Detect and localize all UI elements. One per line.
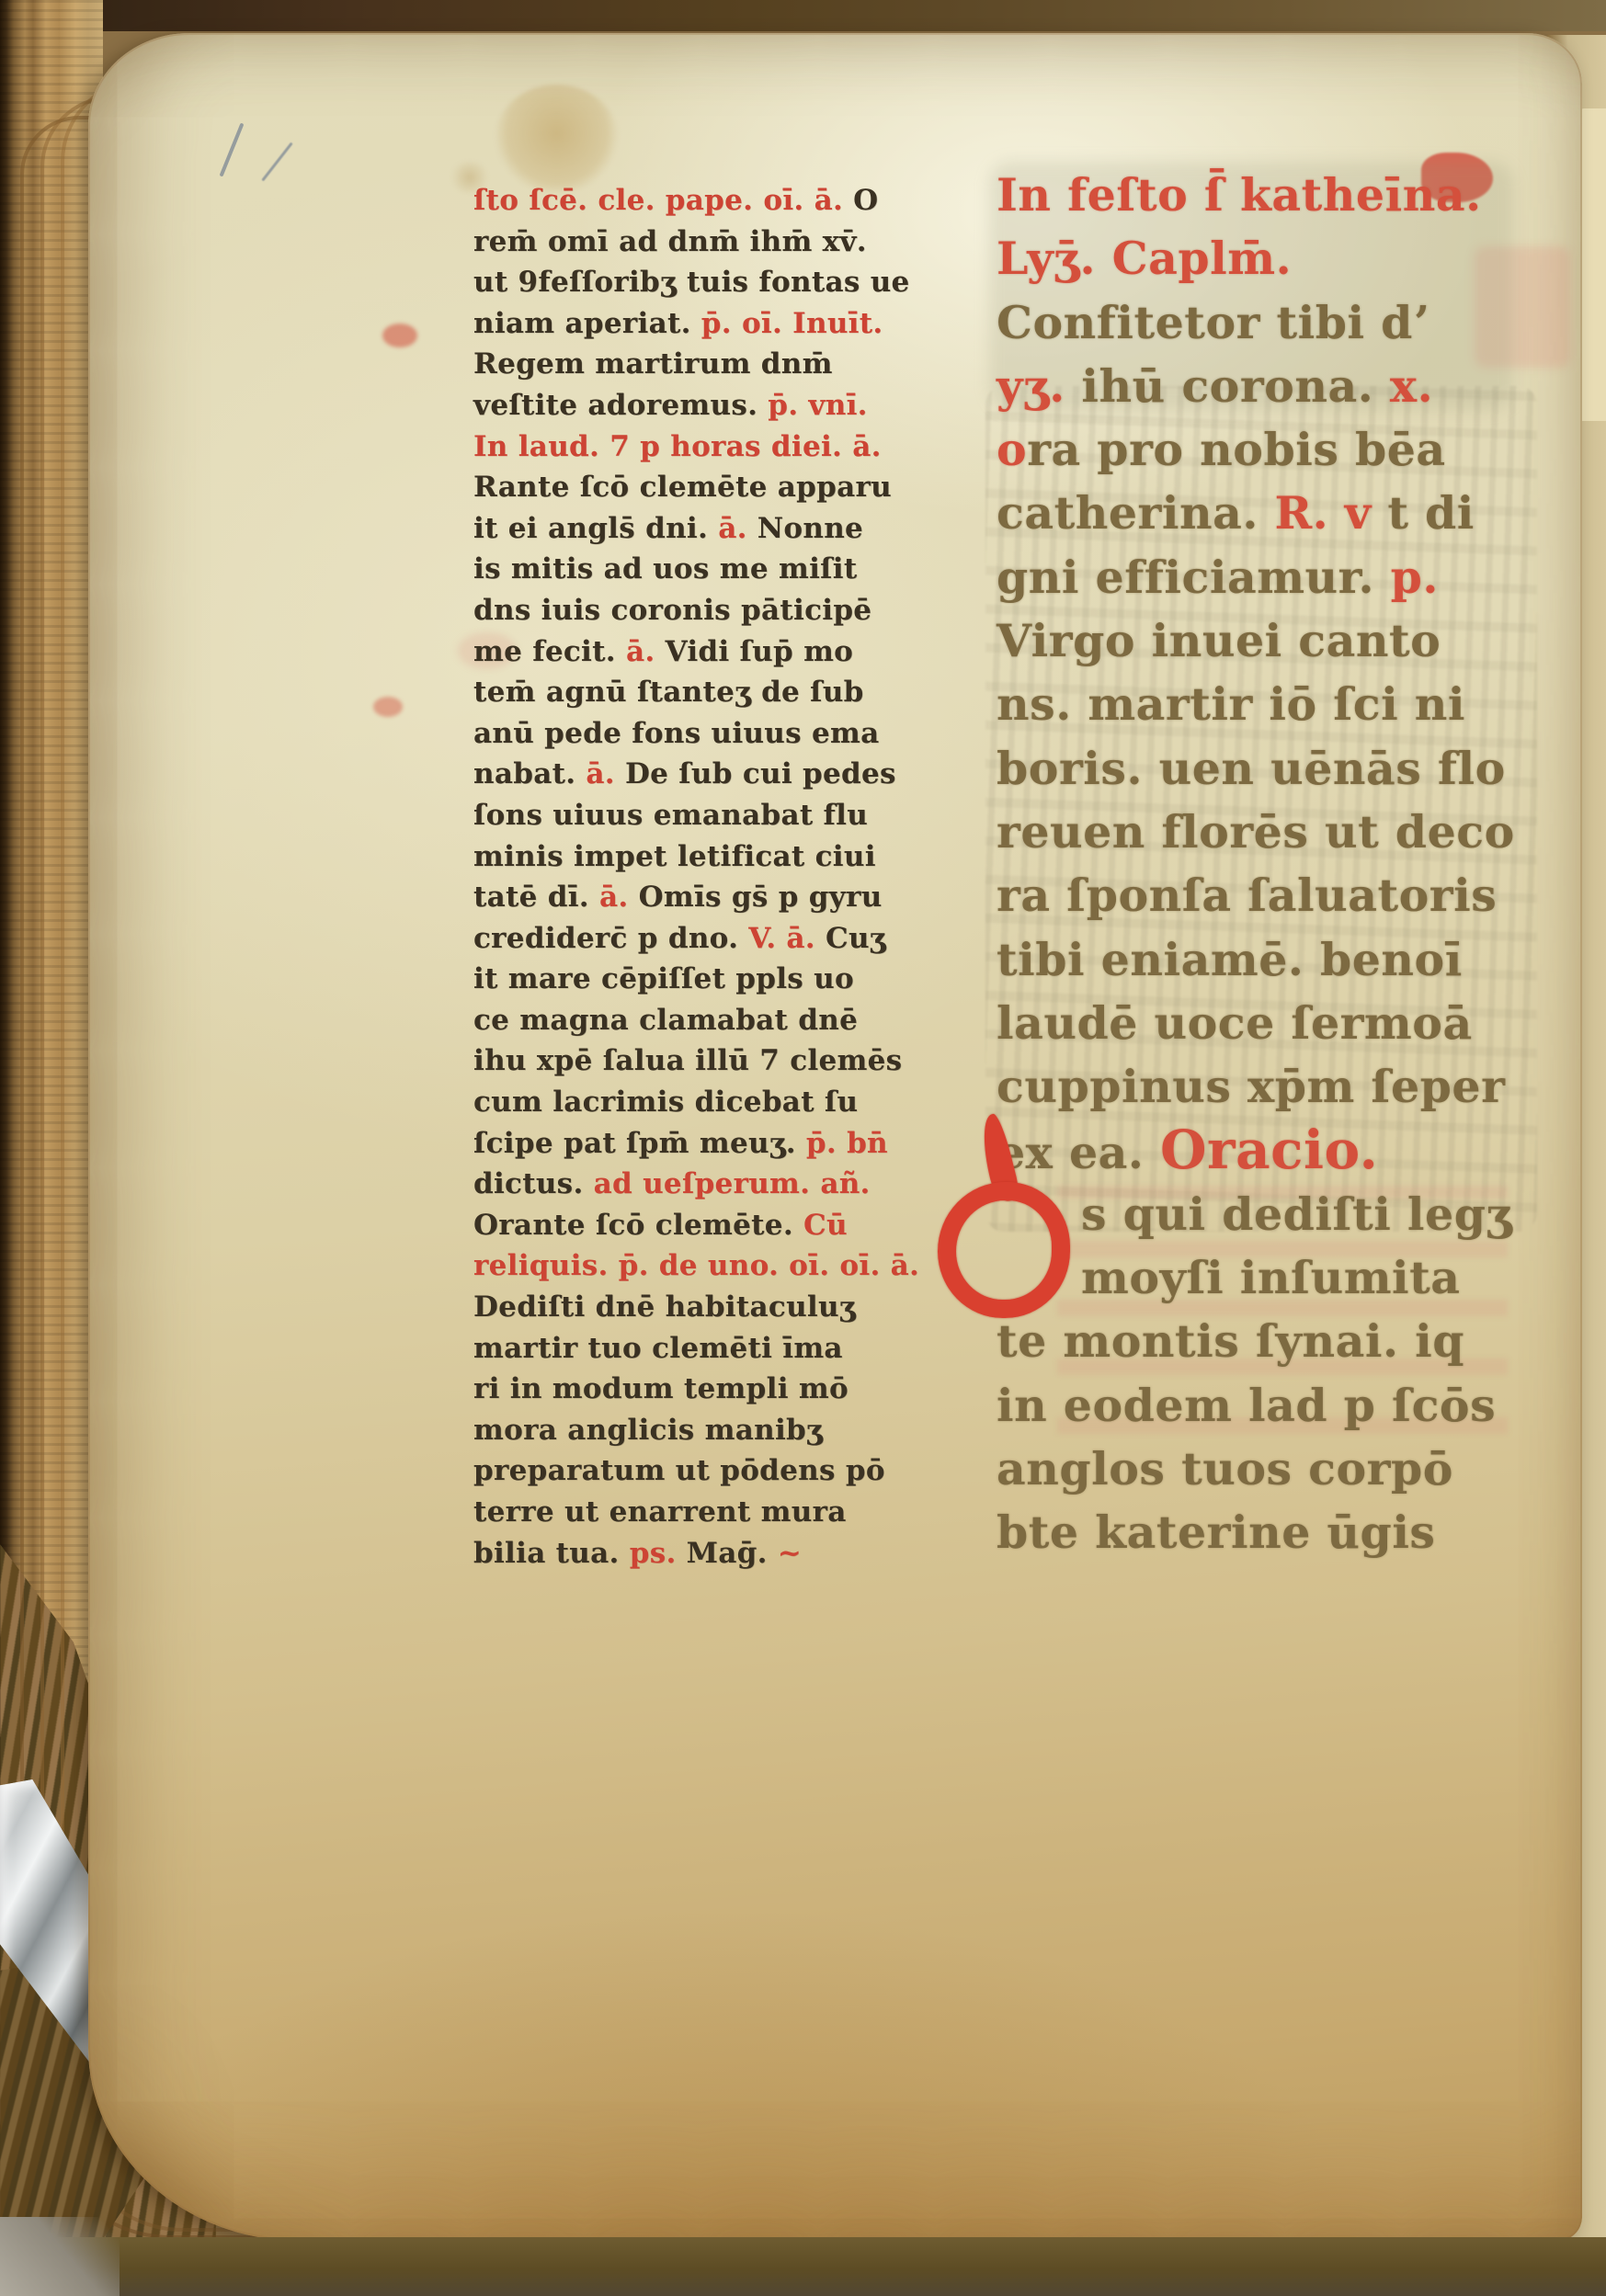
text-line: In feſto ſ̄ katheīna. [997,164,1557,227]
text-segment: bte katerine ūgis [997,1506,1436,1559]
text-line: anglos tuos corpō [997,1438,1557,1501]
text-segment: tem̄ agnū ſtanteʒ de ſub [473,676,864,709]
text-segment: t di [1387,486,1475,540]
text-segment: dns iuis coronis pāticipē [473,594,871,627]
text-segment: rem̄ omī ad dnm̄ ihm̄ xv̄. [473,225,867,258]
rubric-text-segment: ā. [599,881,639,914]
rubric-text-segment: ſto ſcē. cle. pape. oī. ā. [473,184,853,217]
text-segment: Confitetor tibi dʼ [997,296,1429,349]
text-line: Rante ſcō clemēte apparu [473,467,996,508]
text-line: ra ſponſa ſaluatoris [997,864,1557,927]
text-line: preparatum ut pōdens pō [473,1450,996,1492]
text-segment: bilia tua. [473,1537,630,1570]
text-segment: Dediſti dnē habitaculuʒ [473,1290,856,1324]
text-segment: Cuʒ [826,922,886,955]
text-segment: niam aperiat. [473,307,701,340]
text-line: te montis ſynai. iq [997,1310,1557,1373]
rubric-text-segment: p̄. oī. Inuīt. [701,307,883,340]
text-line: rem̄ omī ad dnm̄ ihm̄ xv̄. [473,222,996,263]
text-line: me fecit. ā. Vidi ſup̄ mo [473,631,996,673]
rubric-text-segment: In laud. 7 p horas diei. ā. [473,430,882,463]
text-segment: ihū corona. [1081,359,1389,413]
text-line: crediderc̄ p dno. V. ā. Cuʒ [473,918,996,960]
text-segment: anglos tuos corpō [997,1442,1453,1495]
text-segment: it ei angls̄ dni. [473,512,718,545]
text-line: catherina. R. v t di [997,482,1557,545]
text-line: boris. uen uēnās flo [997,737,1557,801]
text-segment: veſtite adoremus. [473,389,768,422]
text-line: mora anglicis manibʒ [473,1410,996,1451]
text-segment: anū pede fons uiuus ema [473,717,880,750]
text-line: veſtite adoremus. p̄. vnī. [473,385,996,426]
text-line: niam aperiat. p̄. oī. Inuīt. [473,303,996,345]
text-segment: Omīs gs̄ p gyru [639,881,883,914]
text-segment: Nonne [757,512,863,545]
text-segment: dictus. [473,1167,594,1200]
text-line: cum lacrimis dicebat ſu [473,1082,996,1123]
text-segment: it mare cēpiſſet ppls uo [473,962,854,995]
text-segment: ce magna clamabat dnē [473,1004,858,1037]
text-line: terre ut enarrent mura [473,1492,996,1533]
text-line: ut 9feſſoribʒ tuis fontas ue [473,262,996,303]
text-line: ſons uiuus emanabat flu [473,795,996,836]
rubric-text-segment: Lyʒ̄. Caplm̄. [997,232,1292,285]
text-segment: Vidi ſup̄ mo [666,635,854,668]
rubric-text-segment: p̄. bn̄ [806,1127,888,1160]
text-segment: ns. martir iō ſci ni [997,677,1465,731]
text-segment: minis impet letificat ciui [473,840,876,873]
text-segment: boris. uen uēnās flo [997,742,1506,795]
table-surface-corner [0,2217,120,2296]
right-text-column: In feſto ſ̄ katheīna.Lyʒ̄. Caplm̄.Confit… [997,164,1557,1565]
text-segment: moyſi inſumita [1081,1251,1461,1304]
text-segment: Virgo inuei canto [997,614,1441,667]
text-segment: Regem martirum dnm̄ [473,347,833,381]
rubric-text-segment: ā. [586,757,625,790]
text-line: tatē dī. ā. Omīs gs̄ p gyru [473,877,996,918]
text-segment: te montis ſynai. iq [997,1314,1464,1368]
text-segment: ihu xpē ſalua illū 7 clemēs [473,1044,902,1077]
text-line: Dediſti dnē habitaculuʒ [473,1287,996,1328]
text-segment: Rante ſcō clemēte apparu [473,471,892,504]
text-segment: terre ut enarrent mura [473,1495,847,1529]
text-line: moyſi inſumita [997,1246,1557,1310]
text-line: Regem martirum dnm̄ [473,344,996,385]
text-segment: is mitis ad uos me miſit [473,552,857,585]
rubric-text-segment: reliquis. p̄. de uno. oī. oī. ā. [473,1249,919,1282]
text-line: dns iuis coronis pāticipē [473,590,996,631]
text-segment: nabat. [473,757,586,790]
text-line: minis impet letificat ciui [473,836,996,878]
left-text-column: ſto ſcē. cle. pape. oī. ā. Orem̄ omī ad … [473,180,996,1574]
text-line: tem̄ agnū ſtanteʒ de ſub [473,672,996,713]
text-line: ſcipe pat ſpm̄ meuʒ. p̄. bn̄ [473,1123,996,1165]
text-line: in eodem lad p ſcōs [997,1374,1557,1438]
text-line: dictus. ad ueſperum. añ. [473,1164,996,1205]
text-segment: gni efficiamur. [997,551,1391,604]
text-segment: ſcipe pat ſpm̄ meuʒ. [473,1127,806,1160]
rubric-text-segment: x. [1390,359,1433,413]
text-segment: s qui dediſti legʒ [1081,1188,1512,1241]
text-line: reliquis. p̄. de uno. oī. oī. ā. [473,1245,996,1287]
text-line: nabat. ā. De ſub cui pedes [473,754,996,795]
text-line: yʒ. ihū corona. x. [997,355,1557,418]
text-segment: reuen florēs ut deco [997,805,1515,858]
rubric-text-segment: Oracio. [1160,1119,1378,1181]
book-top-binding-edge [0,0,1606,31]
text-line: anū pede fons uiuus ema [473,713,996,755]
text-line: ihu xpē ſalua illū 7 clemēs [473,1040,996,1082]
manuscript-photo: ſto ſcē. cle. pape. oī. ā. Orem̄ omī ad … [0,0,1606,2296]
rubric-text-segment: Cū [803,1209,848,1242]
text-segment: in eodem lad p ſcōs [997,1379,1496,1432]
text-line: martir tuo clemēti īma [473,1328,996,1370]
text-line: is mitis ad uos me miſit [473,549,996,590]
illuminated-initial-D: D [936,1123,1055,1298]
text-segment: ſons uiuus emanabat flu [473,799,868,832]
rubric-text-segment: ~ [768,1537,802,1570]
text-segment: Maḡ. [687,1537,768,1570]
rubric-text-segment: o [997,423,1027,476]
text-line: s qui dediſti legʒ [997,1183,1557,1246]
text-line: it mare cēpiſſet ppls uo [473,959,996,1000]
text-segment: De ſub cui pedes [625,757,896,790]
text-line: bilia tua. ps. Maḡ. ~ [473,1533,996,1574]
text-segment: tatē dī. [473,881,599,914]
text-line: ex ea. Oracio. [997,1119,1557,1182]
text-line: reuen florēs ut deco [997,801,1557,864]
text-segment: O [853,184,878,217]
rubric-text-segment: p̄. vnī. [768,389,867,422]
text-segment: tibi eniamē. benoī [997,933,1463,986]
text-line: laudē uoce ſermoā [997,992,1557,1055]
text-segment: ut 9feſſoribʒ tuis fontas ue [473,266,910,299]
text-segment: crediderc̄ p dno. [473,922,748,955]
text-line: ſto ſcē. cle. pape. oī. ā. O [473,180,996,222]
text-segment: ra ſponſa ſaluatoris [997,869,1497,922]
initial-bowl [938,1182,1070,1318]
text-line: gni efficiamur. p. [997,546,1557,609]
text-segment: me fecit. [473,635,626,668]
rubric-text-segment: ā. [626,635,666,668]
text-line: Orante ſcō clemēte. Cū [473,1205,996,1246]
text-segment: preparatum ut pōdens pō [473,1454,885,1487]
rubric-text-segment: R. v [1274,486,1387,540]
rubric-text-segment: In feſto ſ̄ katheīna. [997,168,1482,222]
text-segment: cuppinus xp̄m ſeper [997,1060,1505,1113]
rubric-text-segment: ps. [630,1537,687,1570]
rubric-text-segment: p. [1391,551,1439,604]
text-segment: Orante ſcō clemēte. [473,1209,803,1242]
text-line: In laud. 7 p horas diei. ā. [473,426,996,468]
text-line: Virgo inuei canto [997,609,1557,673]
text-line: ora pro nobis bēa [997,418,1557,482]
text-segment: cum lacrimis dicebat ſu [473,1085,858,1119]
text-segment: martir tuo clemēti īma [473,1332,843,1365]
text-segment: ri in modum templi mō [473,1372,849,1405]
text-line: bte katerine ūgis [997,1501,1557,1564]
text-line: ri in modum templi mō [473,1369,996,1410]
text-line: it ei angls̄ dni. ā. Nonne [473,508,996,550]
text-segment: mora anglicis manibʒ [473,1414,823,1447]
text-segment: ra pro nobis bēa [1027,423,1445,476]
book-bottom-edge [0,2237,1606,2296]
text-line: Confitetor tibi dʼ [997,291,1557,355]
text-line: tibi eniamē. benoī [997,928,1557,992]
text-line: Lyʒ̄. Caplm̄. [997,227,1557,290]
rubric-text-segment: ad ueſperum. añ. [594,1167,871,1200]
rubric-text-segment: yʒ. [997,359,1081,413]
text-line: cuppinus xp̄m ſeper [997,1055,1557,1119]
text-segment: catherina. [997,486,1274,540]
text-segment: laudē uoce ſermoā [997,996,1473,1050]
text-line: ns. martir iō ſci ni [997,673,1557,736]
text-line: ce magna clamabat dnē [473,1000,996,1041]
rubric-text-segment: ā. [718,512,757,545]
rubric-text-segment: V. ā. [748,922,826,955]
